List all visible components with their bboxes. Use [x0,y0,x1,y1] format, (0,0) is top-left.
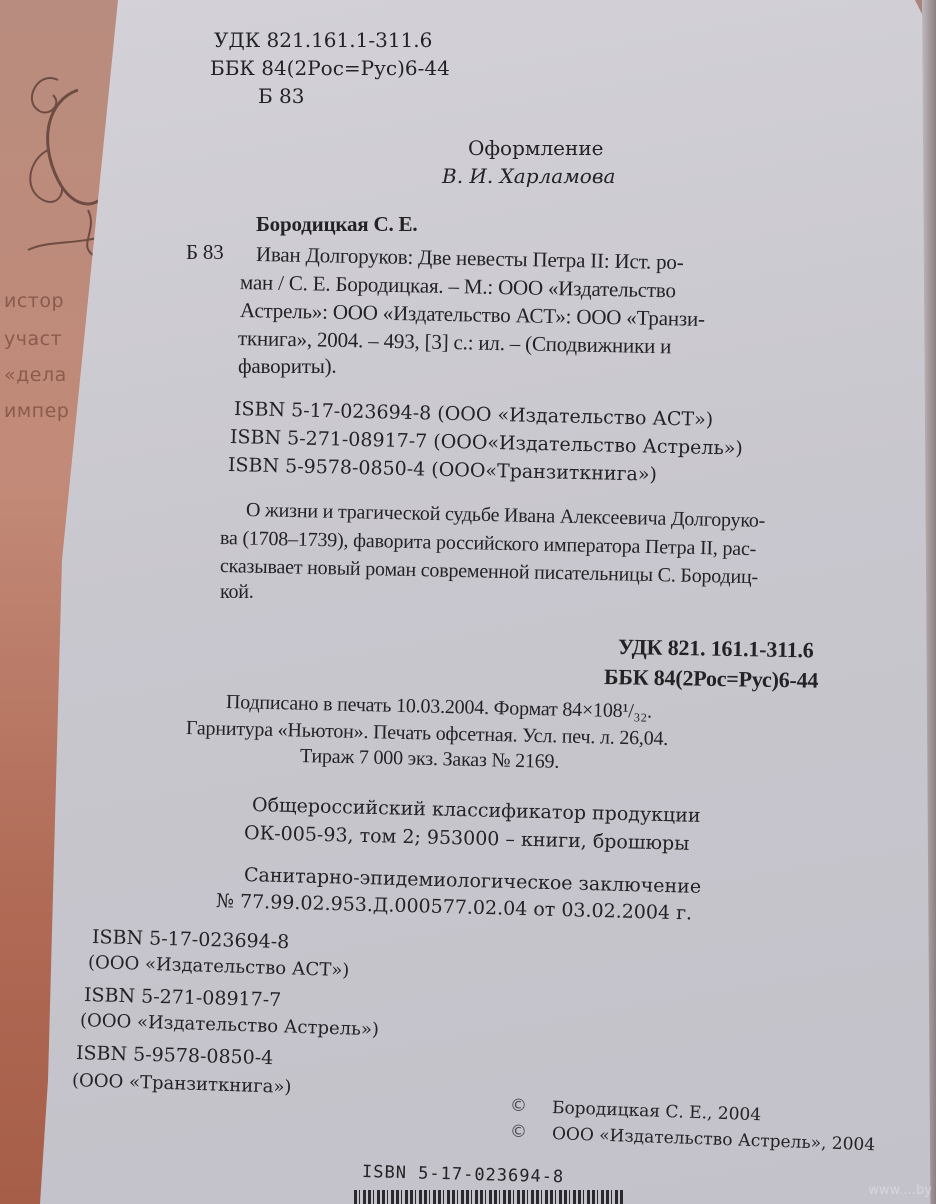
annotation-line: кой. [220,582,254,602]
bbk-code-bottom: ББК 84(2Рос=Рус)6-44 [604,666,819,692]
cover-text-fragment: истор [4,290,64,312]
isbn-number: ISBN 5-9578-0850-4 [76,1044,274,1068]
author-mark: Б 83 [258,86,305,106]
record-mark: Б 83 [186,242,224,263]
udk-code: УДК 821.161.1-311.6 [214,30,432,50]
isbn-number: ISBN 5-271-08917-7 [84,986,282,1010]
cover-text-fragment: «дела [4,364,67,386]
copyright-icon: © [510,1098,527,1115]
barcode [354,1190,624,1204]
udk-code-bottom: УДК 821. 161.1-311.6 [618,636,814,661]
designer-name: В. И. Харламова [442,166,615,186]
bbk-code: ББК 84(2Рос=Рус)6-44 [210,58,450,78]
design-label: Оформление [468,138,604,158]
record-line: фавориты). [238,356,336,377]
watermark: www.…by [868,1183,932,1198]
record-author: Бородицкая С. Е. [256,214,417,235]
copyright-icon: © [510,1124,527,1141]
isbn-number: ISBN 5-17-023694-8 [92,928,290,952]
cover-text-fragment: участ [4,328,62,350]
cover-text-fragment: импер [4,400,69,422]
